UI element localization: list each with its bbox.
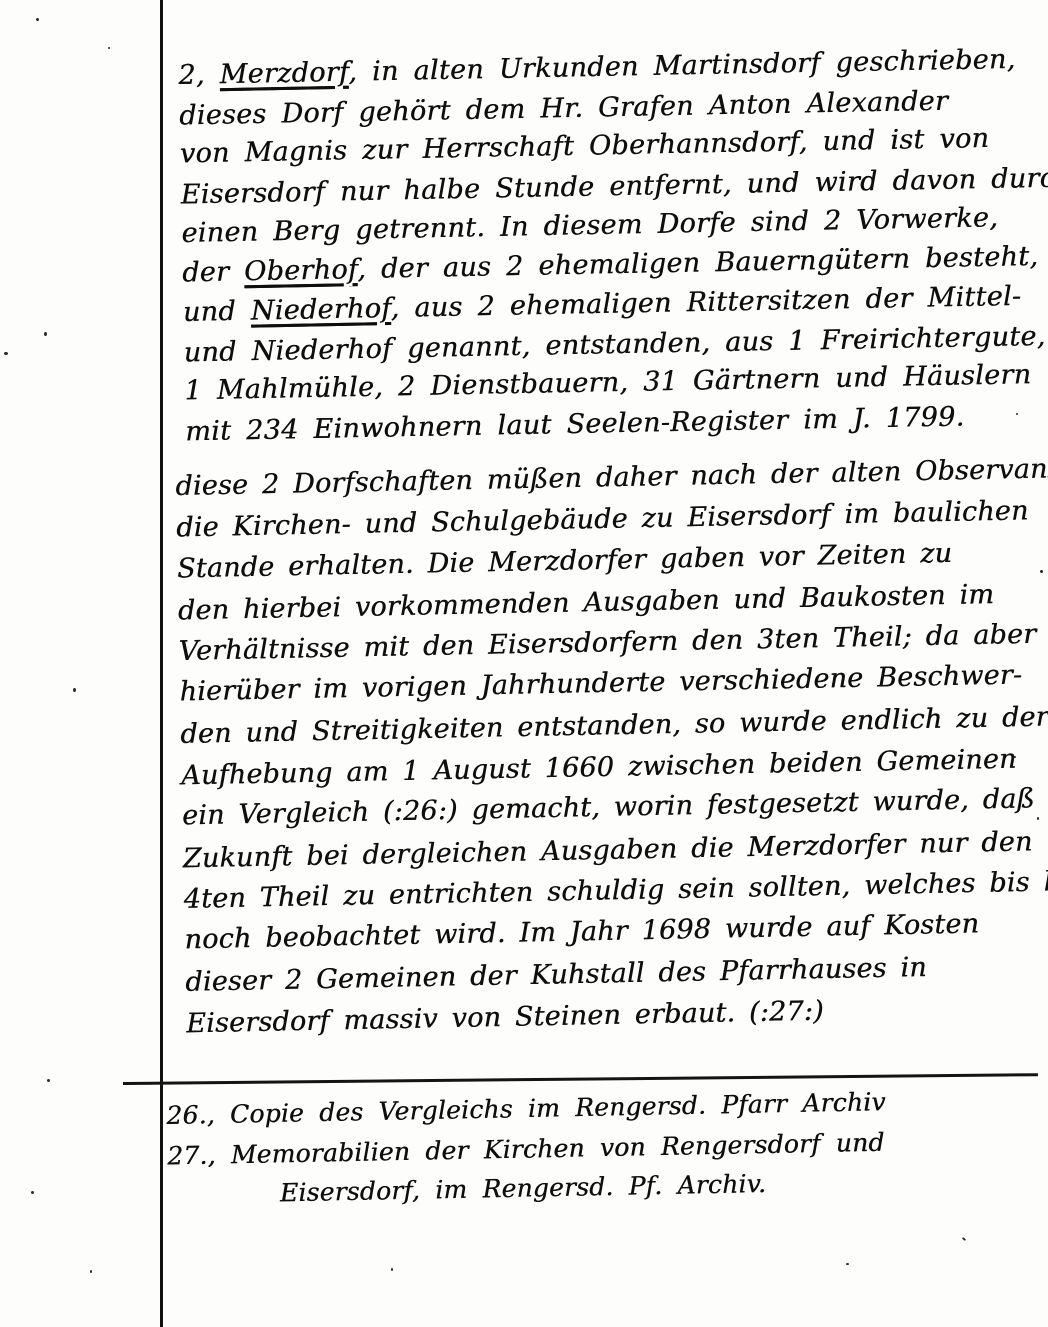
underlined-place-name: Niederhof [250, 293, 390, 327]
line-text: der [182, 256, 245, 288]
ink-speck [1040, 570, 1043, 573]
ink-speck [44, 332, 47, 336]
ink-speck [391, 1268, 393, 1271]
underlined-place-name: Merzdorf [219, 57, 348, 90]
ink-speck [962, 1237, 966, 1241]
footnotes: 26., Copie des Vergleichs im Rengersd. P… [166, 1082, 888, 1216]
line-text: , aus 2 ehemaligen Rittersitzen der Mitt… [390, 281, 1021, 324]
ink-speck [108, 47, 110, 49]
underlined-place-name: Oberhof [244, 254, 358, 287]
ink-speck [47, 1079, 50, 1082]
footnote-separator-rule [123, 1073, 1038, 1085]
ink-speck [1016, 413, 1018, 415]
paragraph-2: diese 2 Dorfschaften müßen daher nach de… [175, 447, 1048, 1044]
ink-speck [1013, 756, 1016, 758]
ink-speck [36, 18, 39, 21]
entry-number: 2, [178, 59, 220, 91]
ink-speck [90, 1270, 92, 1273]
ink-speck [31, 1191, 34, 1194]
line-text: und [183, 296, 251, 328]
ink-speck [846, 1263, 849, 1265]
margin-rule [160, 0, 163, 1327]
line-text: , der aus 2 ehemaligen Bauerngütern best… [357, 241, 1039, 285]
ink-speck [1037, 817, 1039, 820]
paragraph-1: 2, Merzdorf, in alten Urkunden Martinsdo… [178, 39, 1048, 451]
ink-speck [4, 352, 8, 355]
manuscript-page: 2, Merzdorf, in alten Urkunden Martinsdo… [0, 0, 1048, 1327]
ink-speck [73, 688, 76, 692]
